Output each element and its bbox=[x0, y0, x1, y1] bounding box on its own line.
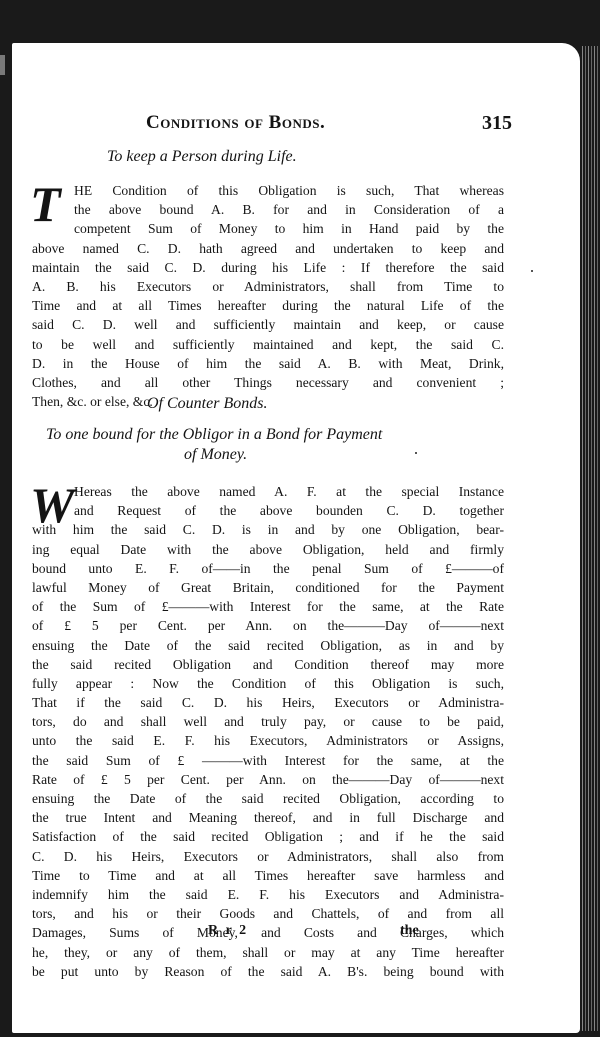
ink-speck bbox=[531, 270, 533, 272]
page-footer: R r 2 the bbox=[0, 923, 600, 943]
text-line: of the Sum of £———with Interest for the … bbox=[32, 597, 504, 616]
text-line: C. D. his Heirs, Executors or Administra… bbox=[32, 847, 504, 866]
text-line: tors, and his or their Goods and Chattel… bbox=[32, 904, 504, 923]
text-line: he, they, or any of them, shall or may a… bbox=[32, 943, 504, 962]
running-title: Conditions of Bonds. bbox=[146, 112, 325, 134]
text-line: with him the said C. D. is in and by one… bbox=[32, 520, 504, 539]
ink-speck bbox=[415, 452, 417, 454]
text-line: ing equal Date with the above Obligation… bbox=[32, 540, 504, 559]
running-head: Conditions of Bonds. 315 bbox=[0, 112, 600, 138]
text-line: of £ 5 per Cent. per Ann. on the———Day o… bbox=[32, 616, 504, 635]
text-line: Time and at all Times hereafter during t… bbox=[32, 296, 504, 315]
page-number: 315 bbox=[482, 112, 512, 135]
text-line: Satisfaction of the said recited Obligat… bbox=[32, 827, 504, 846]
catchword: the bbox=[400, 923, 419, 939]
text-line: maintain the said C. D. during his Life … bbox=[32, 258, 504, 277]
text-line: and Request of the above bounden C. D. t… bbox=[32, 501, 504, 520]
text-line: lawful Money of Great Britain, condition… bbox=[32, 578, 504, 597]
text-line: A. B. his Executors or Administrators, s… bbox=[32, 277, 504, 296]
text-line: Clothes, and all other Things necessary … bbox=[32, 373, 504, 392]
text-line: to be well and sufficiently maintained a… bbox=[32, 335, 504, 354]
text-line: the said Sum of £ ———with Interest for t… bbox=[32, 751, 504, 770]
text-line: HE Condition of this Obligation is such,… bbox=[32, 181, 504, 200]
text-line: the above bound A. B. for and in Conside… bbox=[32, 200, 504, 219]
text-line: competent Sum of Money to him in Hand pa… bbox=[32, 219, 504, 238]
text-line: above named C. D. hath agreed and undert… bbox=[32, 239, 504, 258]
text-line: tors, do and shall well and truly pay, o… bbox=[32, 712, 504, 731]
text-line: Then, &c. or else, &c. bbox=[32, 392, 504, 411]
text-line: Time to Time and at all Times hereafter … bbox=[32, 866, 504, 885]
text-line: ensuing the Date of the said recited Obl… bbox=[32, 789, 504, 808]
text-line: the true Intent and Meaning thereof, and… bbox=[32, 808, 504, 827]
text-line: unto the said E. F. his Executors, Admin… bbox=[32, 731, 504, 750]
text-line: Hereas the above named A. F. at the spec… bbox=[32, 482, 504, 501]
text-line: bound unto E. F. of——in the penal Sum of… bbox=[32, 559, 504, 578]
text-line: said C. D. well and sufficiently maintai… bbox=[32, 315, 504, 334]
page-edge-left bbox=[0, 55, 5, 75]
section-heading-counter-bonds: Of Counter Bonds. bbox=[147, 395, 267, 413]
subheading-line-2: of Money. bbox=[184, 446, 247, 464]
text-line: be put unto by Reason of the said A. B's… bbox=[32, 962, 504, 981]
text-line: That if the said C. D. his Heirs, Execut… bbox=[32, 693, 504, 712]
text-line: indemnify him the said E. F. his Executo… bbox=[32, 885, 504, 904]
signature-mark: R r 2 bbox=[208, 923, 248, 939]
text-line: Rate of £ 5 per Cent. per Ann. on the———… bbox=[32, 770, 504, 789]
section2-body: Hereas the above named A. F. at the spec… bbox=[32, 482, 504, 981]
section1-body: HE Condition of this Obligation is such,… bbox=[32, 181, 504, 411]
text-line: D. in the House of him the said A. B. wi… bbox=[32, 354, 504, 373]
text-line: ensuing the Date of the said recited Obl… bbox=[32, 636, 504, 655]
subheading-line-1: To one bound for the Obligor in a Bond f… bbox=[46, 426, 382, 444]
page-edge-right bbox=[580, 46, 600, 1031]
text-line: the said recited Obligation and Conditio… bbox=[32, 655, 504, 674]
text-line: fully appear : Now the Condition of this… bbox=[32, 674, 504, 693]
section-heading-keep-person: To keep a Person during Life. bbox=[107, 148, 297, 166]
